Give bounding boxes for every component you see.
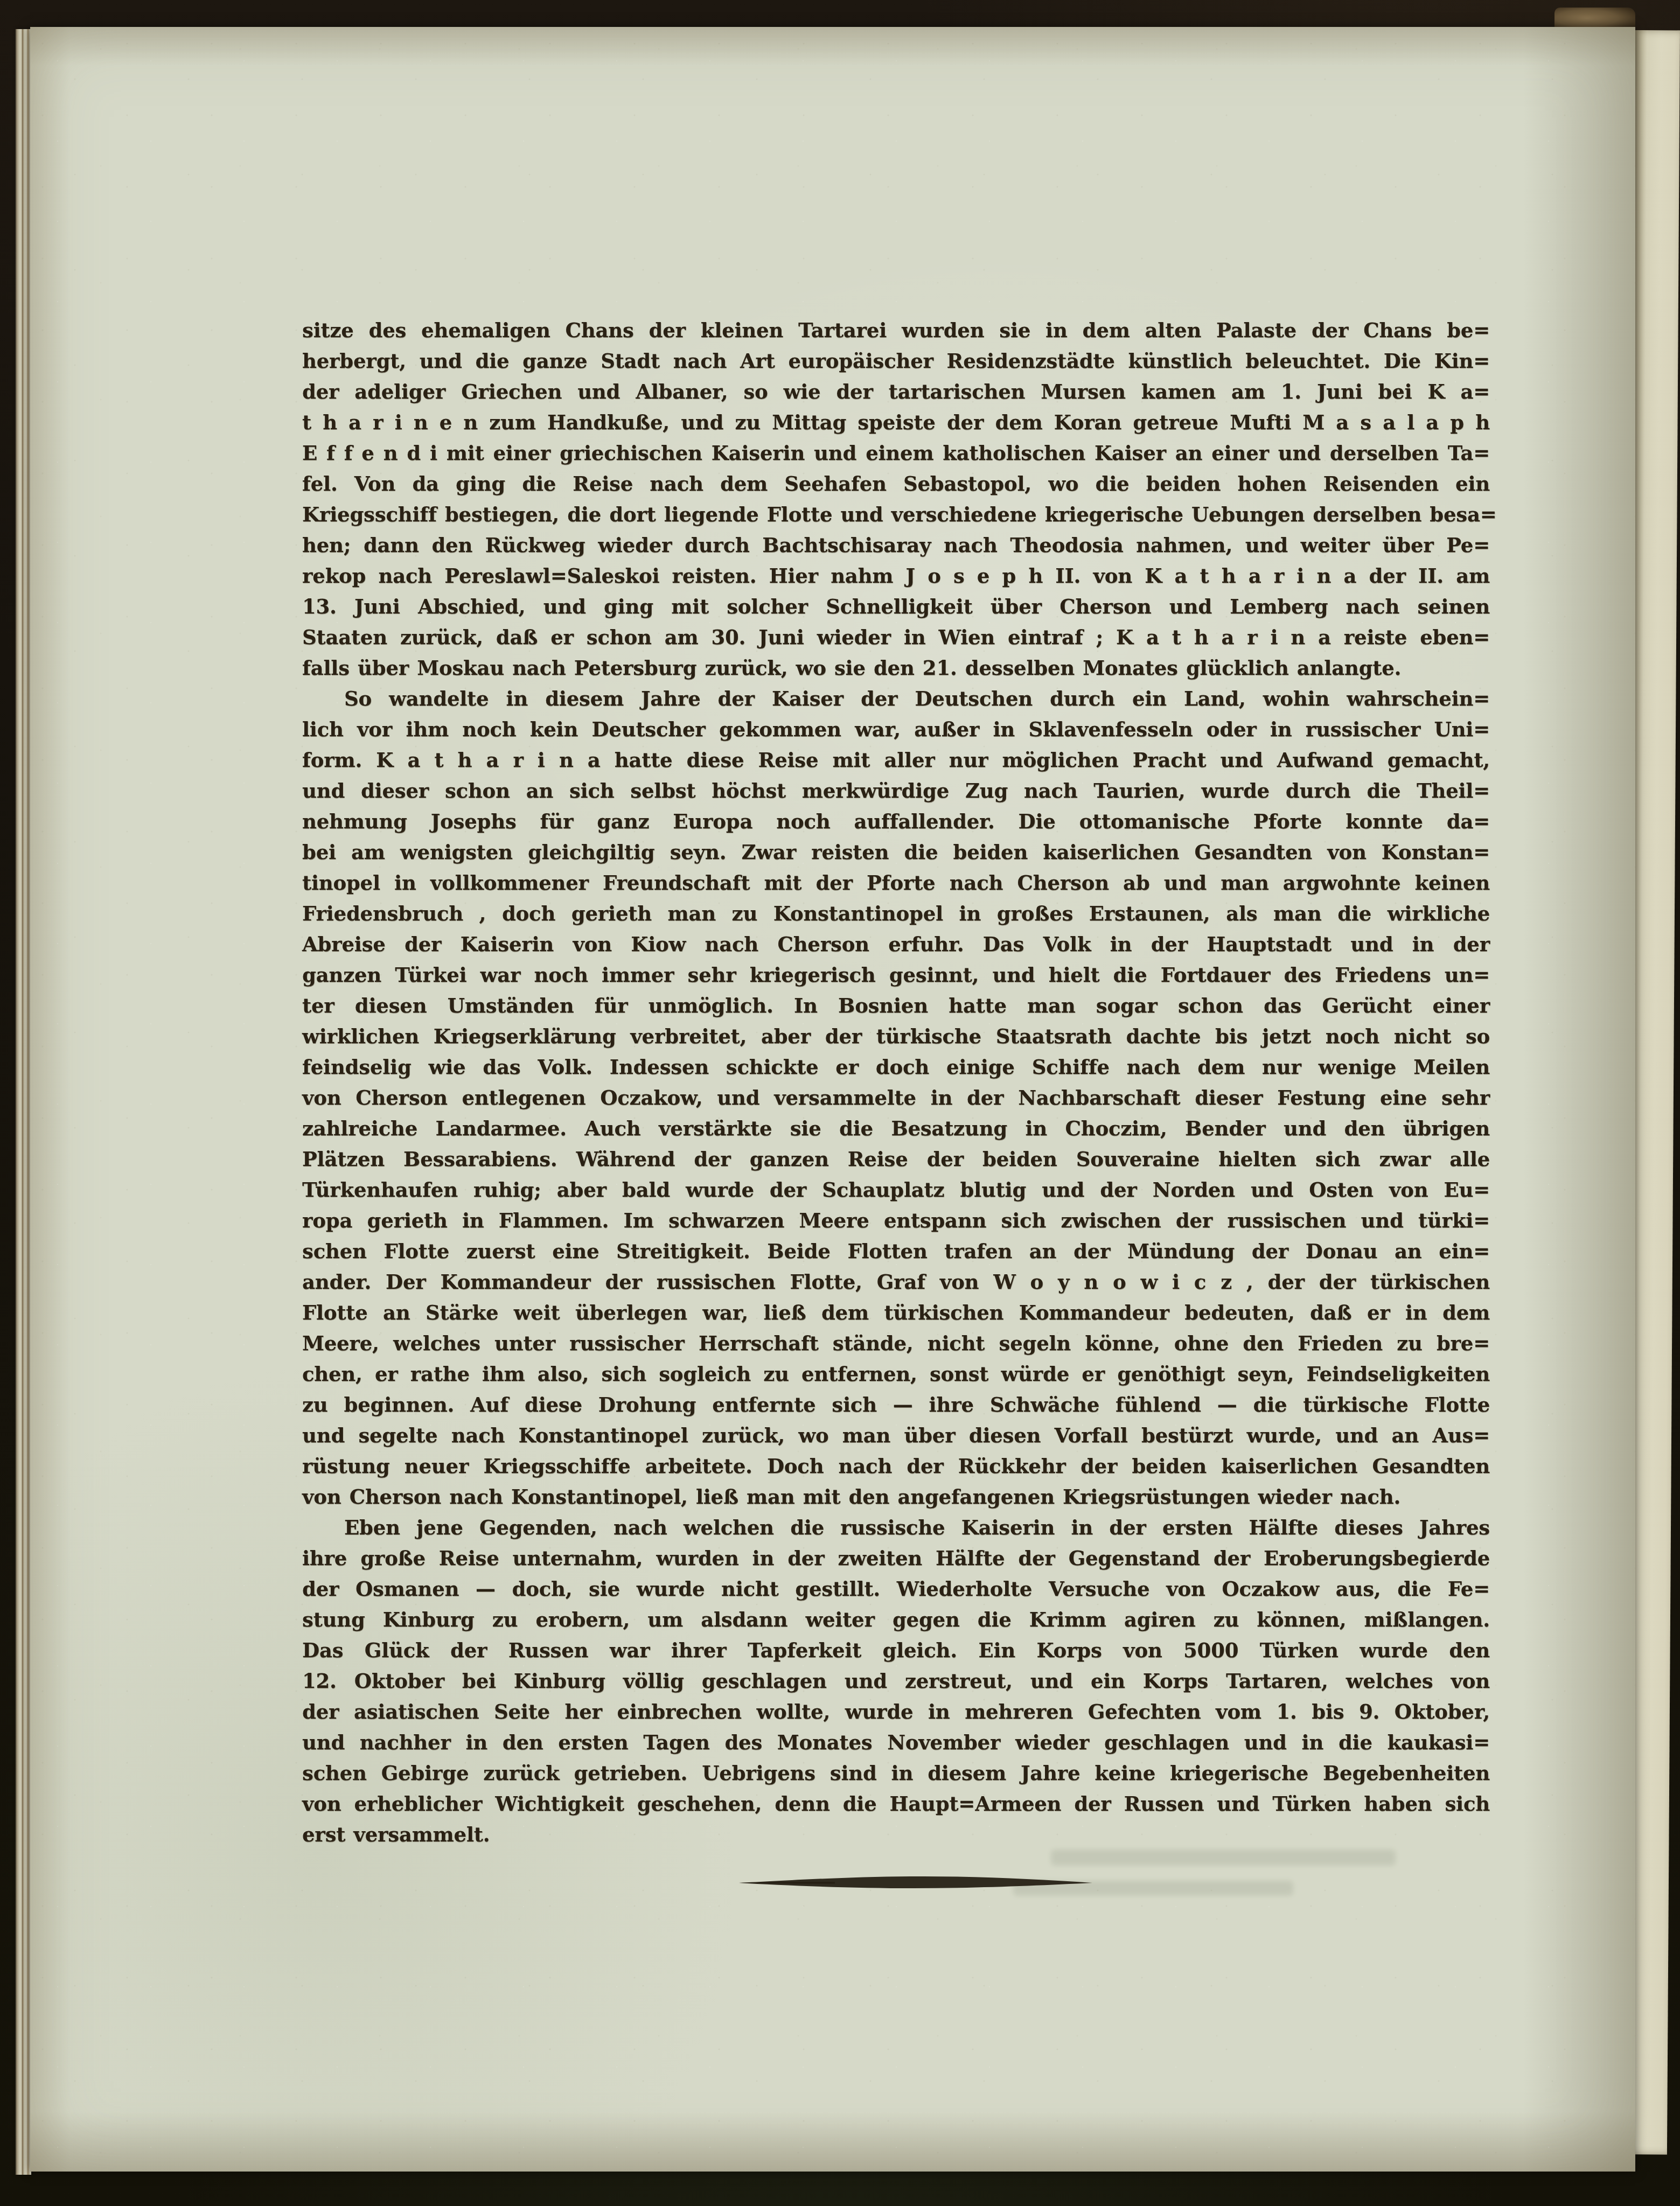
text-line: feindselig wie das Volk. Indessen schick… <box>302 1052 1490 1083</box>
text-line: Das Glück der Russen war ihrer Tapferkei… <box>302 1635 1490 1666</box>
text-line: ander. Der Kommandeur der russischen Flo… <box>302 1267 1490 1297</box>
text-line: schen Flotte zuerst eine Streitigkeit. B… <box>302 1236 1490 1267</box>
section-divider <box>738 1874 1093 1890</box>
text-line: stung Kinburg zu erobern, um alsdann wei… <box>302 1604 1490 1635</box>
text-line: und nachher in den ersten Tagen des Mona… <box>302 1727 1490 1758</box>
text-line: ihre große Reise unternahm, wurden in de… <box>302 1543 1490 1574</box>
text-line: von erheblicher Wichtigkeit geschehen, d… <box>302 1789 1490 1819</box>
text-line: sitze des ehemaligen Chans der kleinen T… <box>302 315 1490 346</box>
text-line: tinopel in vollkommener Freundschaft mit… <box>302 868 1490 898</box>
text-line: 12. Oktober bei Kinburg völlig geschlage… <box>302 1666 1490 1697</box>
text-column: sitze des ehemaligen Chans der kleinen T… <box>302 315 1490 1850</box>
text-line: Abreise der Kaiserin von Kiow nach Chers… <box>302 929 1490 960</box>
text-line: rekop nach Pereslawl=Saleskoi reisten. H… <box>302 561 1490 591</box>
text-line: der Osmanen — doch, sie wurde nicht gest… <box>302 1574 1490 1604</box>
page-stack-edges <box>15 29 31 2175</box>
text-line: hen; dann den Rückweg wieder durch Bacht… <box>302 530 1490 561</box>
text-line: von Cherson nach Konstantinopel, ließ ma… <box>302 1482 1490 1512</box>
text-line: von Cherson entlegenen Oczakow, und vers… <box>302 1083 1490 1113</box>
text-line: Türkenhaufen ruhig; aber bald wurde der … <box>302 1175 1490 1205</box>
text-line: Staaten zurück, daß er schon am 30. Juni… <box>302 622 1490 653</box>
text-line: herbergt, und die ganze Stadt nach Art e… <box>302 346 1490 376</box>
text-line: nehmung Josephs für ganz Europa noch auf… <box>302 806 1490 837</box>
text-line: wirklichen Kriegserklärung verbreitet, a… <box>302 1021 1490 1052</box>
text-line: t h a r i n e n zum Handkuße, und zu Mit… <box>302 407 1490 438</box>
text-line: rüstung neuer Kriegsschiffe arbeitete. D… <box>302 1451 1490 1482</box>
text-line: Friedensbruch , doch gerieth man zu Kons… <box>302 898 1490 929</box>
text-line: fel. Von da ging die Reise nach dem Seeh… <box>302 469 1490 499</box>
text-line: ropa gerieth in Flammen. Im schwarzen Me… <box>302 1205 1490 1236</box>
text-line: Kriegsschiff bestiegen, die dort liegend… <box>302 499 1490 530</box>
scan-background: sitze des ehemaligen Chans der kleinen T… <box>0 0 1680 2206</box>
text-line: zu beginnen. Auf diese Drohung entfernte… <box>302 1390 1490 1420</box>
text-line: So wandelte in diesem Jahre der Kaiser d… <box>302 683 1490 714</box>
text-line: ter diesen Umständen für unmöglich. In B… <box>302 990 1490 1021</box>
text-line: Eben jene Gegenden, nach welchen die rus… <box>302 1512 1490 1543</box>
text-line: und segelte nach Konstantinopel zurück, … <box>302 1420 1490 1451</box>
text-line: und dieser schon an sich selbst höchst m… <box>302 776 1490 806</box>
text-line: E f f e n d i mit einer griechischen Kai… <box>302 438 1490 469</box>
text-line: form. K a t h a r i n a hatte diese Reis… <box>302 745 1490 776</box>
text-line: ganzen Türkei war noch immer sehr kriege… <box>302 960 1490 990</box>
text-line: chen, er rathe ihm also, sich sogleich z… <box>302 1359 1490 1390</box>
text-line: falls über Moskau nach Petersburg zurück… <box>302 653 1490 683</box>
text-line: der adeliger Griechen und Albaner, so wi… <box>302 376 1490 407</box>
text-line: Meere, welches unter russischer Herrscha… <box>302 1328 1490 1359</box>
text-line: der asiatischen Seite her einbrechen wol… <box>302 1697 1490 1727</box>
text-line: 13. Juni Abschied, und ging mit solcher … <box>302 591 1490 622</box>
text-line: Flotte an Stärke weit überlegen war, lie… <box>302 1297 1490 1328</box>
text-line: lich vor ihm noch kein Deutscher gekomme… <box>302 714 1490 745</box>
text-line: zahlreiche Landarmee. Auch verstärkte si… <box>302 1113 1490 1144</box>
text-line: bei am wenigsten gleichgiltig seyn. Zwar… <box>302 837 1490 868</box>
ink-bleedthrough-line <box>1051 1849 1396 1866</box>
text-line: Plätzen Bessarabiens. Während der ganzen… <box>302 1144 1490 1175</box>
book-page: sitze des ehemaligen Chans der kleinen T… <box>30 27 1635 2172</box>
text-line: schen Gebirge zurück getrieben. Uebrigen… <box>302 1758 1490 1789</box>
